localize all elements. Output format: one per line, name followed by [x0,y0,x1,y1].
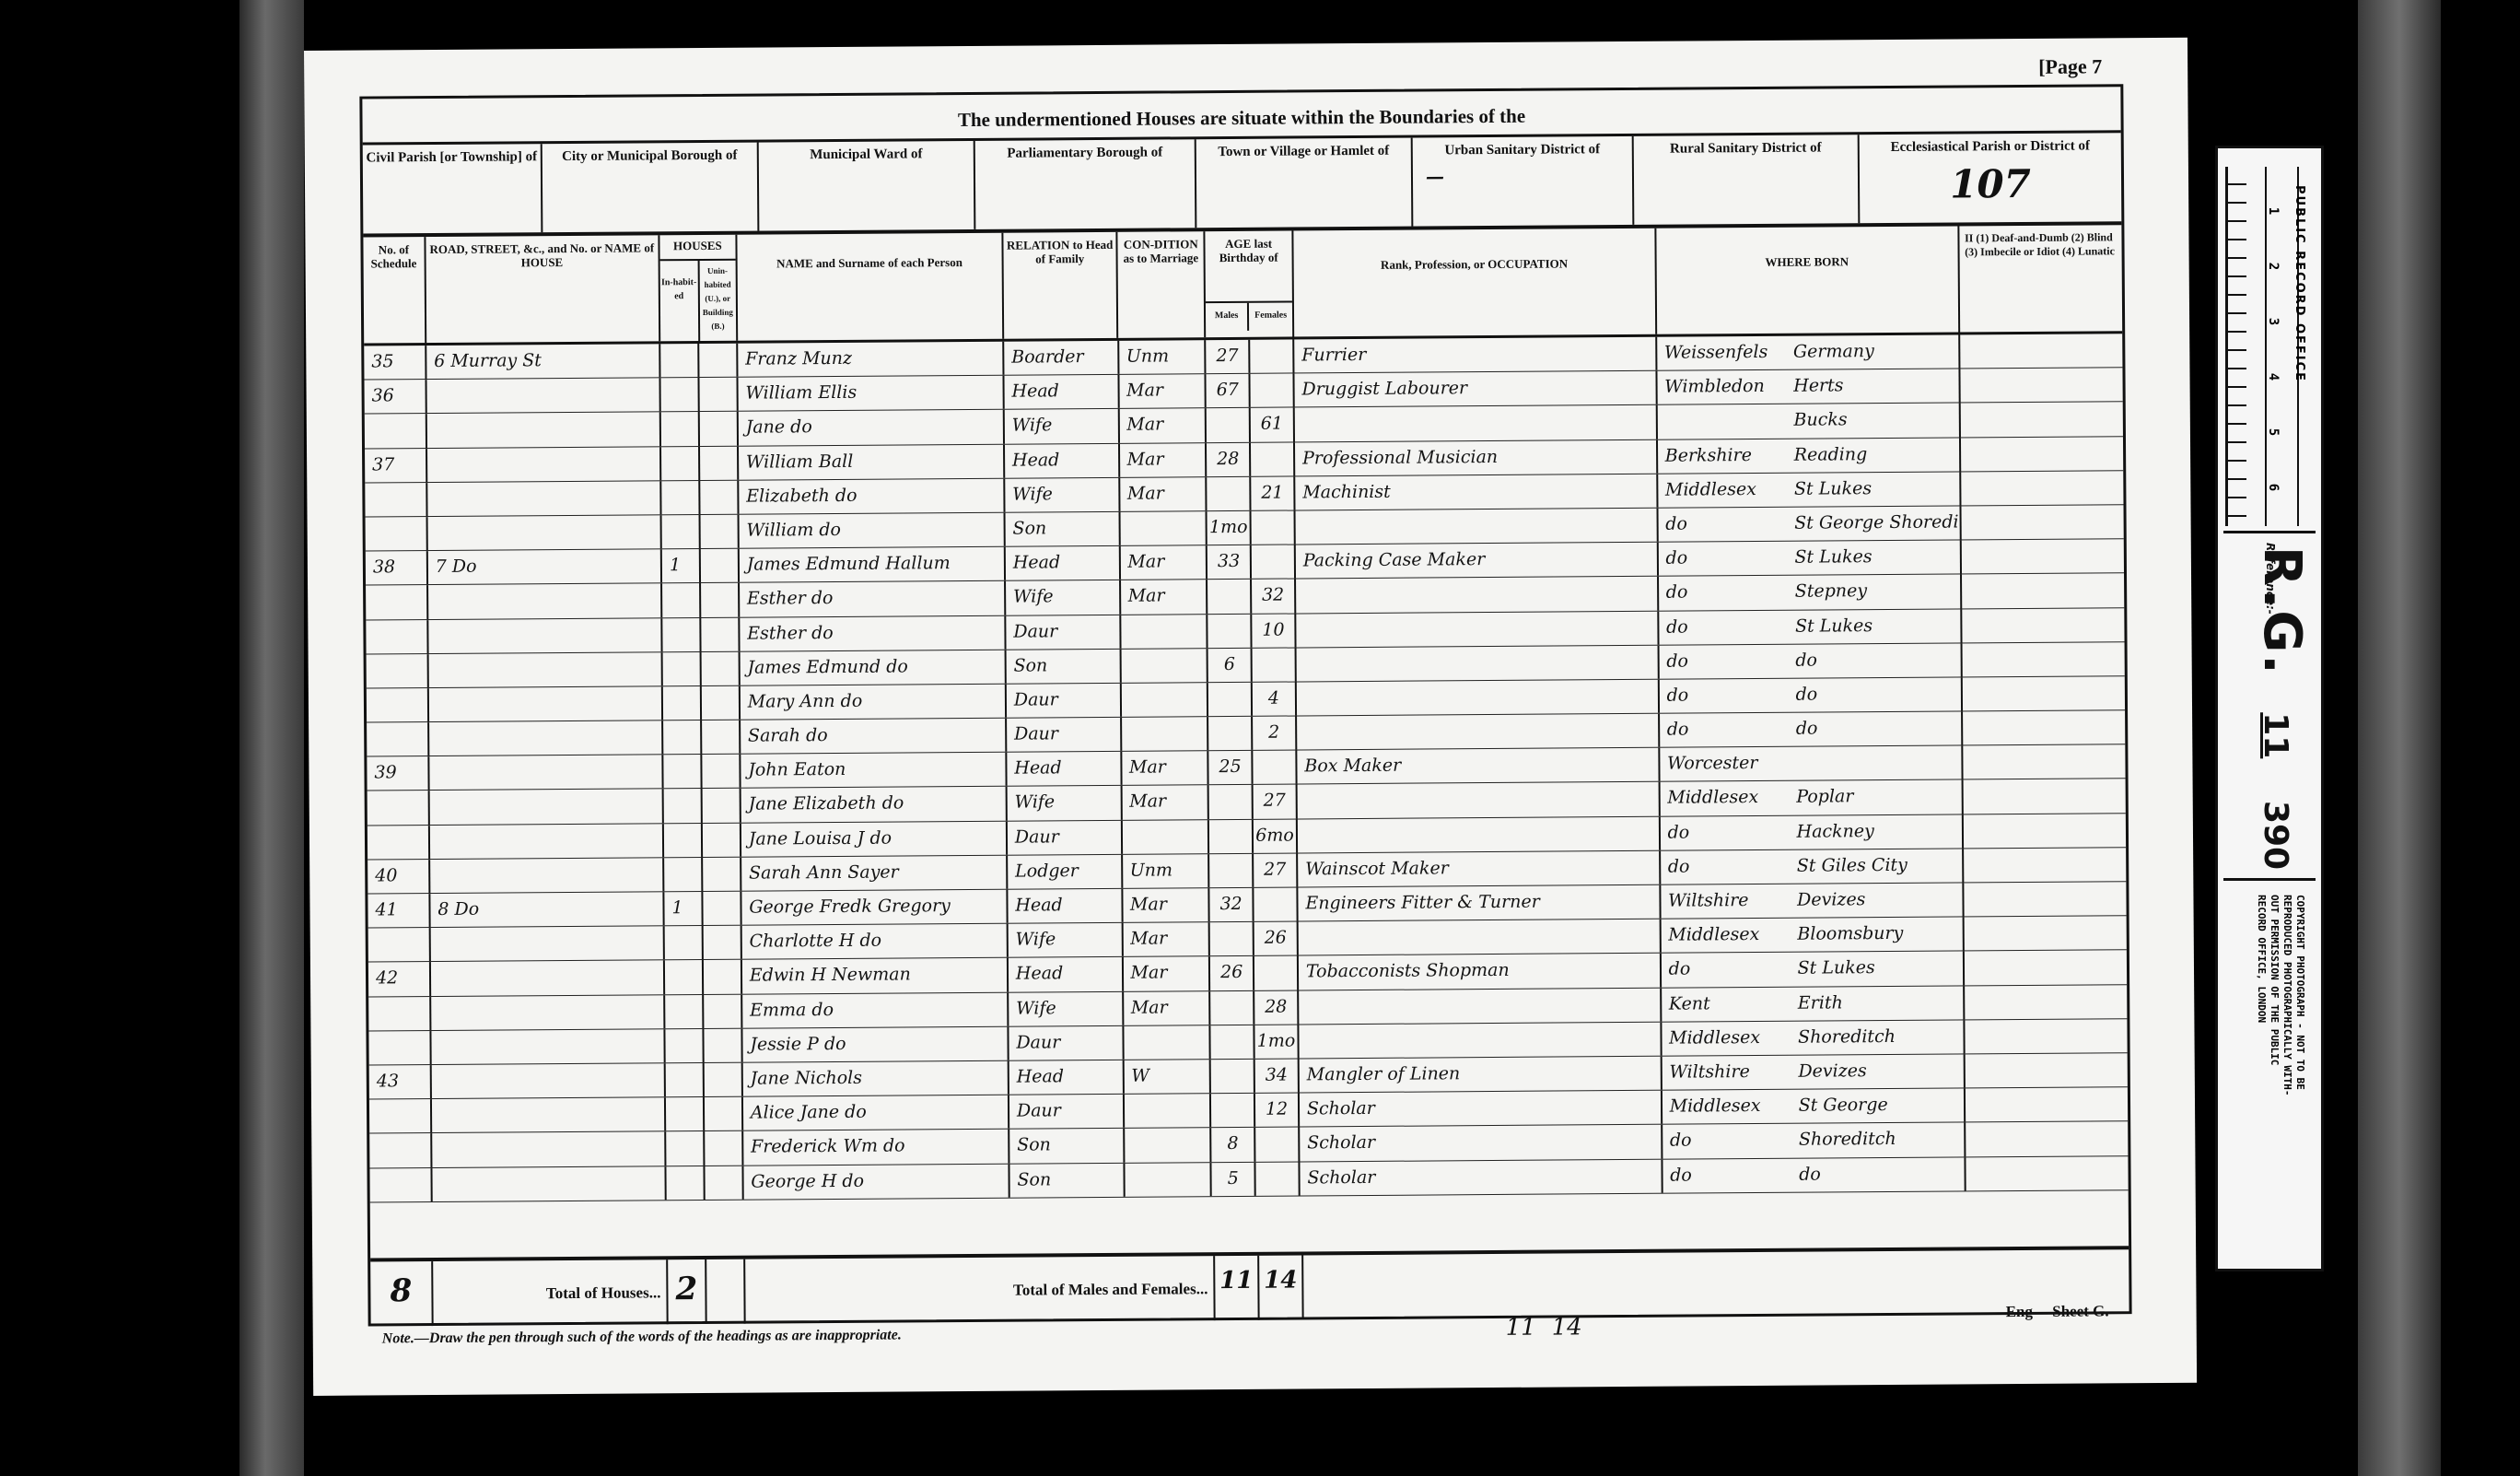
address-cell [432,1132,666,1167]
born-place: Shoreditch [1798,1026,1896,1048]
reference-code: R.G. 11 390 [2252,546,2312,870]
admin-municipal-ward: Municipal Ward of [759,141,976,231]
where-born-cell: WeissenfelsGermany [1657,334,1960,369]
name-cell: James Edmund do [740,650,1006,685]
header-relation: RELATION to Head of Family [1003,232,1118,339]
uninhabited-cell [704,960,742,993]
header-age-group: AGE last Birthday of [1206,231,1293,304]
born-county: do [1665,513,1794,534]
header-age-females: Females [1249,303,1292,331]
inhabited-cell [662,583,701,616]
age-female-cell: 6mo [1254,819,1298,853]
relation-cell: Son [1009,1129,1125,1163]
infirmity-cell [1966,1122,2129,1156]
uninhabited-cell [700,412,739,445]
age-male-cell [1207,477,1251,511]
schedule-cell: 40 [367,860,430,894]
born-county: do [1668,856,1797,877]
address-cell [429,756,663,791]
reference-block: R.G. 11 390 Reference:- [2223,531,2316,881]
name-cell: Frederick Wm do [743,1130,1009,1165]
occupation-cell: Furrier [1294,337,1657,373]
admin-parliamentary-borough: Parliamentary Borough of [975,139,1197,229]
header-houses-group: HOUSES [659,235,735,262]
address-cell [428,652,662,687]
born-county: Weissenfels [1664,342,1793,363]
age-female-cell: 10 [1252,614,1296,648]
reference-series: R.G. [2252,546,2312,676]
relation-cell: Head [1005,443,1120,477]
where-born-cell: doSt Lukes [1659,609,1962,644]
occupation-cell: Engineers Fitter & Turner [1298,885,1661,921]
age-male-cell [1210,922,1254,956]
address-cell [427,515,661,550]
age-male-cell: 26 [1210,956,1254,990]
uninhabited-cell [704,994,742,1027]
where-born-cell: dodo [1660,712,1963,747]
age-male-cell: 25 [1209,751,1254,785]
name-cell: Franz Munz [738,342,1004,377]
where-born-cell: dodo [1659,677,1962,712]
schedule-cell [368,997,431,1031]
total-females-value: 14 [1259,1255,1303,1319]
ruler-number: 3 [2266,318,2281,325]
address-cell [427,413,661,448]
relation-cell: Daur [1009,1095,1125,1129]
relation-cell: Lodger [1008,855,1123,889]
name-cell: Sarah Ann Sayer [741,856,1008,891]
copyright-text: COPYRIGHT PHOTOGRAPH - NOT TO BE REPRODU… [2255,895,2306,1096]
born-county: do [1666,685,1795,706]
name-cell: Esther do [740,615,1006,650]
occupation-cell: Wainscot Maker [1298,851,1661,887]
condition-cell: Mar [1119,374,1207,408]
born-county: do [1670,1164,1799,1185]
relation-cell: Son [1009,1163,1125,1197]
occupation-cell [1296,577,1659,613]
relation-cell: Wife [1005,409,1120,443]
born-place: Poplar [1796,787,1853,807]
condition-cell: Mar [1123,957,1210,991]
occupation-cell [1296,611,1659,647]
born-county: do [1666,650,1795,671]
relation-cell: Son [1005,512,1120,546]
infirmity-cell [1963,744,2126,779]
females-margin-total: 14 [1552,1313,1582,1341]
age-female-cell [1250,340,1294,374]
inhabited-cell [661,412,700,445]
name-cell: George Fredk Gregory [741,890,1008,925]
schedule-cell [367,791,430,826]
age-female-cell: 2 [1253,717,1297,751]
address-cell [426,378,660,413]
ruler-number: 1 [2266,207,2281,215]
born-county: Middlesex [1669,1026,1798,1048]
condition-cell [1120,511,1207,545]
schedule-cell: 38 [366,551,428,585]
header-name: NAME and Surname of each Person [737,233,1004,341]
name-cell: Jessie P do [742,1026,1009,1061]
born-place: Shoreditch [1799,1129,1896,1150]
age-male-cell: 32 [1210,888,1254,922]
occupation-cell [1295,509,1658,545]
born-county: do [1666,581,1795,603]
occupation-cell [1299,920,1662,955]
schedule-cell [368,928,431,962]
born-place: St Lukes [1795,615,1872,637]
name-cell: William Ellis [738,376,1004,411]
inhabited-cell [665,1029,704,1062]
relation-cell: Daur [1007,684,1122,718]
where-born-cell: doSt Lukes [1658,541,1961,576]
ruler-scale [2225,167,2267,526]
where-born-cell: MiddlesexPoplar [1660,780,1963,815]
schedule-cell [367,688,429,722]
ruler-number: 5 [2266,428,2281,436]
uninhabited-cell [701,583,740,616]
uninhabited-cell [701,549,740,582]
address-cell [430,824,664,859]
condition-cell [1121,649,1208,683]
infirmity-cell [1963,779,2126,814]
relation-cell: Wife [1006,580,1121,615]
inhabited-cell [666,1063,705,1096]
name-cell: Jane Nichols [742,1061,1009,1096]
born-county: do [1670,1130,1799,1151]
header-infirmity: II (1) Deaf-and-Dumb (2) Blind (3) Imbec… [1959,225,2122,332]
born-place: St Lukes [1798,957,1875,978]
schedule-cell [367,654,429,688]
age-female-cell [1252,545,1296,580]
where-born-cell: MiddlesexShoreditch [1662,1020,1965,1055]
born-county: do [1665,547,1794,568]
occupation-cell [1296,645,1659,681]
inhabited-cell [666,1131,705,1165]
uninhabited-cell [703,789,741,822]
ruler-number: 2 [2266,263,2281,270]
admin-rural-sanitary: Rural Sanitary District of [1634,135,1861,225]
born-county: Middlesex [1667,787,1796,808]
where-born-cell: dodo [1662,1157,1966,1192]
where-born-cell: doStepney [1659,575,1962,610]
reference-piece: 11 [2257,712,2294,758]
infirmity-cell [1964,916,2127,950]
relation-cell: Boarder [1004,341,1119,375]
relation-cell: Daur [1009,1026,1124,1060]
inhabited-cell [665,960,704,993]
uninhabited-cell [704,1028,742,1061]
address-cell [429,790,663,825]
inhabited-cell [666,1166,705,1199]
schedule-cell [366,620,428,654]
address-cell: 7 Do [428,549,662,584]
name-cell: William do [739,513,1005,548]
census-page: [Page 7 The undermentioned Houses are si… [304,38,2197,1396]
uninhabited-cell [705,1097,743,1130]
infirmity-cell [1961,471,2124,505]
header-condition: CON-DITION as to Marriage [1118,231,1206,338]
header-age: AGE last Birthday of Males Females [1206,231,1295,338]
total-persons-label: Total of Males and Females... [745,1256,1215,1324]
age-female-cell: 12 [1255,1094,1300,1128]
scan-edge-left [239,0,304,1476]
age-female-cell [1252,510,1296,545]
infirmity-cell [1966,1156,2129,1190]
occupation-cell: Packing Case Maker [1296,543,1659,579]
inhabited-cell [661,481,700,514]
condition-cell [1121,615,1208,649]
age-female-cell: 27 [1254,853,1298,887]
header-where-born: WHERE BORN [1656,226,1960,334]
condition-cell [1122,717,1209,751]
infirmity-cell [1961,437,2124,471]
age-female-cell [1251,374,1295,408]
inhabited-cell [662,515,701,548]
age-male-cell: 8 [1211,1128,1255,1162]
age-female-cell: 34 [1255,1059,1300,1093]
uninhabited-cell [702,686,741,720]
name-cell: Mary Ann do [741,685,1007,720]
name-cell: Sarah do [741,719,1007,754]
born-place: Reading [1794,444,1868,465]
total-males-value: 11 [1215,1256,1259,1320]
infirmity-cell [1960,368,2123,402]
inhabited-cell: 1 [664,892,703,925]
where-born-cell: Worcester [1660,746,1963,781]
age-female-cell [1253,648,1297,682]
occupation-cell: Tobacconists Shopman [1299,954,1662,990]
ruler-number: 6 [2266,484,2281,491]
infirmity-cell [1962,676,2125,710]
condition-cell: Mar [1121,580,1208,614]
born-place: Bloomsbury [1797,923,1903,944]
inhabited-cell [665,995,704,1028]
relation-cell: Head [1004,375,1119,409]
total-houses-label: Total of Houses... [433,1259,668,1326]
relation-cell: Head [1007,752,1122,786]
relation-cell: Wife [1009,923,1124,957]
born-place: do [1796,719,1818,739]
age-male-cell: 1mo [1207,511,1252,545]
infirmity-cell [1965,1087,2128,1121]
age-male-cell: 33 [1207,545,1252,580]
inhabited-cell [663,720,702,754]
name-cell: Elizabeth do [739,478,1005,513]
ruler-number: 4 [2266,373,2281,381]
condition-cell: Mar [1123,922,1210,956]
name-cell: James Edmund Hallum [740,547,1006,582]
age-male-cell: 27 [1206,340,1250,374]
address-cell [429,720,663,756]
born-place: Bucks [1793,410,1847,430]
condition-cell: Unm [1119,340,1207,374]
where-born-cell: doSt Giles City [1661,849,1964,884]
public-record-office-label: PUBLIC RECORD OFFICE [2292,185,2306,382]
born-place: Stepney [1795,580,1867,602]
occupation-cell [1298,782,1661,818]
address-cell: 6 Murray St [426,344,660,379]
name-cell: George H do [743,1164,1009,1199]
admin-ecclesiastical-parish: Ecclesiastical Parish or District of107 [1860,133,2122,223]
inhabited-cell [666,1097,705,1130]
infirmity-cell [1965,1053,2128,1087]
uninhabited-cell [704,926,742,959]
uninhabited-cell [702,755,741,788]
born-county: Kent [1669,992,1798,1013]
condition-cell: Mar [1120,545,1207,580]
infirmity-cell [1964,951,2127,985]
inhabited-cell [663,755,702,788]
age-male-cell [1208,614,1253,648]
occupation-cell: Box Maker [1297,748,1660,784]
address-cell [427,447,661,482]
condition-cell: Mar [1124,991,1211,1025]
occupation-cell [1297,714,1660,750]
age-female-cell [1254,887,1298,921]
born-county: do [1669,958,1798,979]
schedules-count: 8 [370,1261,433,1326]
relation-cell: Head [1006,546,1121,580]
uninhabited-cell [703,892,741,925]
name-cell: Edwin H Newman [742,958,1009,993]
age-female-cell: 27 [1254,785,1298,819]
where-born-cell: BerkshireReading [1658,438,1961,473]
age-female-cell [1256,1162,1301,1196]
born-place: Germany [1793,341,1874,362]
age-female-cell: 26 [1254,922,1299,956]
condition-cell [1125,1163,1212,1197]
schedule-cell: 36 [364,380,426,414]
born-place: St Lukes [1794,478,1872,499]
column-header-row: No. of Schedule ROAD, STREET, &c., and N… [363,225,2122,346]
header-uninhabited: Unin-habited (U.), or Building (B.) [699,261,736,342]
admin-header-row: Civil Parish [or Township] of City or Mu… [363,133,2122,237]
uninhabited-cell [700,446,739,479]
totals-row: 8 Total of Houses... 2 Total of Males an… [370,1246,2129,1326]
header-age-males: Males [1206,303,1249,331]
age-male-cell [1208,717,1253,751]
admin-city-borough: City or Municipal Borough of [542,143,760,233]
infirmity-cell [1960,403,2123,437]
schedule-cell [365,483,427,517]
infirmity-cell [1962,608,2125,642]
relation-cell: Wife [1009,991,1124,1025]
schedule-cell [369,1168,432,1202]
where-born-cell: doShoreditch [1662,1123,1966,1158]
address-cell [430,858,664,893]
uninhabited-cell [699,378,738,411]
schedule-cell [368,1031,431,1065]
total-uninhabited-value [706,1259,745,1324]
where-born-cell: dodo [1659,643,1962,678]
schedule-cell: 35 [364,346,426,380]
condition-cell: W [1124,1060,1211,1094]
condition-cell [1122,820,1209,854]
age-male-cell [1207,408,1251,442]
relation-cell: Wife [1005,478,1120,512]
uninhabited-cell [703,823,741,856]
where-born-cell: doSt Lukes [1662,952,1965,987]
schedule-cell [369,1099,432,1133]
admin-civil-parish: Civil Parish [or Township] of [363,144,543,233]
age-male-cell [1209,819,1254,853]
age-male-cell [1210,990,1254,1025]
born-county: Wiltshire [1668,890,1797,911]
age-female-cell: 1mo [1254,1025,1299,1059]
census-form-frame: [Page 7 The undermentioned Houses are si… [359,84,2131,1326]
occupation-cell: Scholar [1300,1125,1662,1161]
where-born-cell: doSt George Shoreditch [1658,506,1961,541]
inhabited-cell [662,618,701,651]
infirmity-cell [1965,1019,2128,1053]
age-female-cell [1251,442,1295,476]
born-county: Middlesex [1668,924,1797,945]
condition-cell: Mar [1119,409,1207,443]
name-cell: Alice Jane do [743,1095,1009,1130]
born-county: do [1666,615,1795,637]
scan-edge-right [2358,0,2441,1476]
infirmity-cell [1962,642,2125,676]
inhabited-cell [660,344,699,377]
reference-strip: 1 2 3 4 5 6 PUBLIC RECORD OFFICE R.G. 11… [2215,146,2324,1271]
condition-cell: Mar [1119,443,1207,477]
uninhabited-cell [703,858,741,891]
born-county: Wiltshire [1669,1061,1798,1083]
inhabited-cell [664,858,703,891]
condition-cell: Mar [1122,751,1209,785]
header-schedule: No. of Schedule [363,237,426,343]
infirmity-cell [1964,882,2127,916]
schedule-cell [367,722,429,756]
infirmity-cell [1963,814,2126,848]
occupation-cell [1298,816,1661,852]
infirmity-cell [1965,985,2128,1019]
relation-cell: Son [1006,650,1121,684]
address-cell [428,618,662,653]
occupation-cell [1297,680,1660,716]
uninhabited-cell [702,720,741,754]
schedule-cell [369,1133,432,1167]
name-cell: Jane Elizabeth do [741,787,1007,822]
page-number: [Page 7 [2038,54,2102,78]
address-cell [428,584,662,619]
occupation-cell: Mangler of Linen [1300,1057,1662,1093]
relation-cell: Daur [1006,615,1121,649]
born-place: do [1795,684,1817,704]
age-female-cell: 61 [1251,408,1295,442]
infirmity-cell [1961,539,2124,573]
age-female-cell: 32 [1252,580,1296,614]
age-male-cell [1211,1094,1255,1128]
inhabited-cell [664,789,703,822]
where-born-cell: KentErith [1662,986,1965,1021]
address-cell: 8 Do [430,892,664,927]
inhabited-cell [661,447,700,480]
uninhabited-cell [701,617,740,650]
uninhabited-cell [705,1166,743,1199]
uninhabited-cell [701,651,740,685]
born-county: do [1668,821,1797,842]
uninhabited-cell [700,480,739,513]
age-female-cell: 28 [1254,990,1299,1025]
name-cell: Jane Louisa J do [741,821,1008,856]
relation-cell: Head [1008,889,1123,923]
inhabited-cell [663,652,702,685]
condition-cell [1125,1128,1212,1162]
admin-town-village: Town or Village or Hamlet of [1196,138,1414,228]
relation-cell: Wife [1007,786,1122,820]
address-cell [429,686,663,721]
